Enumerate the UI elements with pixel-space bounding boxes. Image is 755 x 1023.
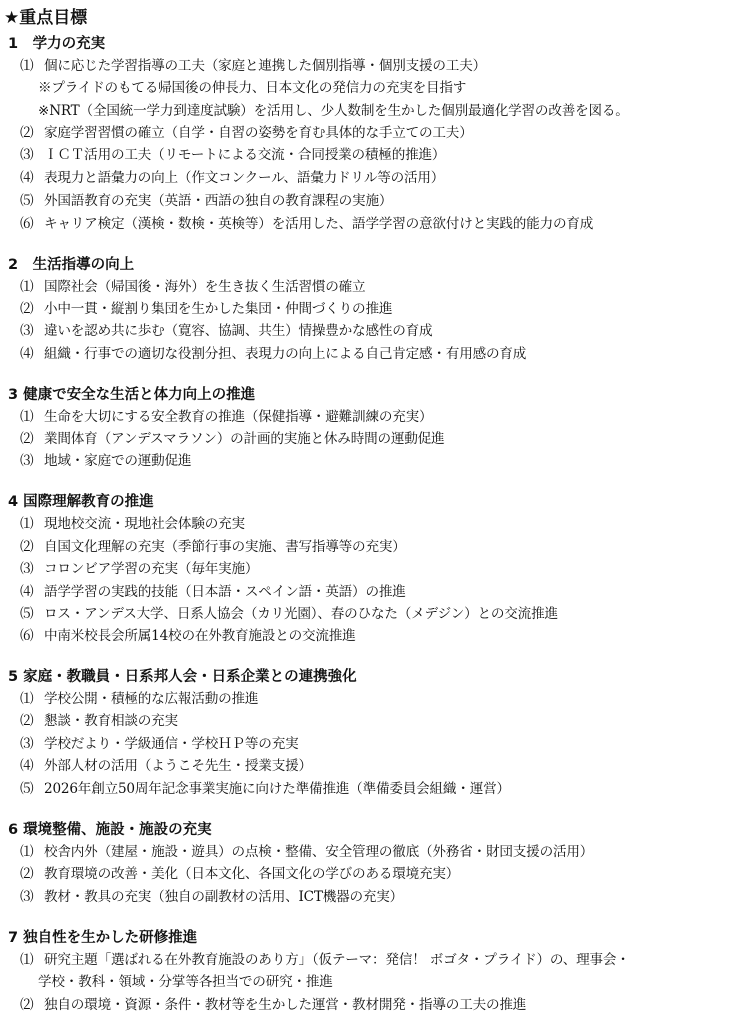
list-item: ⑵懇談・教育相談の充実	[20, 711, 178, 731]
note-line: ※NRT（全国統一学力到達度試験）を活用し、少人数制を生かした個別最適化学習の改…	[38, 101, 629, 121]
list-item: ⑹中南米校長会所属14校の在外教育施設との交流推進	[20, 626, 356, 646]
section-number: 2	[8, 255, 18, 275]
list-item: ⑴国際社会（帰国後・海外）を生き抜く生活習慣の確立	[20, 277, 365, 297]
section-title: 独自性を生かした研修推進	[23, 930, 197, 946]
section-number: 6	[8, 820, 18, 840]
section-heading-1: 1 学力の充実	[8, 34, 105, 54]
section-heading-6: 6 環境整備、施設・施設の充実	[8, 820, 212, 840]
list-item: ⑷語学学習の実践的技能（日本語・スペイン語・英語）の推進	[20, 582, 406, 602]
list-item: ⑴生命を大切にする安全教育の推進（保健指導・避難訓練の充実）	[20, 407, 432, 427]
document-title: ★重点目標	[4, 6, 87, 30]
note-line: ※プライドのもてる帰国後の伸長力、日本文化の発信力の充実を目指す	[38, 78, 466, 98]
list-item: ⑴校舎内外（建屋・施設・遊具）の点検・整備、安全管理の徹底（外務省・財団支援の活…	[20, 842, 593, 862]
list-item: ⑵教育環境の改善・美化（日本文化、各国文化の学びのある環境充実）	[20, 864, 459, 884]
section-title: 家庭・教職員・日系邦人会・日系企業との連携強化	[23, 669, 357, 685]
section-heading-3: 3 健康で安全な生活と体力向上の推進	[8, 385, 255, 405]
list-item: ⑴研究主題「選ばれる在外教育施設のあり方」（仮テーマ：発信！ ボゴタ・プライド）…	[20, 950, 630, 970]
list-item: ⑶コロンビア学習の充実（毎年実施）	[20, 559, 258, 579]
list-item: ⑶学校だより・学級通信・学校ＨＰ等の充実	[20, 734, 298, 754]
list-item-continuation: 学校・教科・領域・分掌等各担当での研究・推進	[38, 972, 333, 992]
list-item: ⑹キャリア検定（漢検・数検・英検等）を活用した、語学学習の意欲付けと実践的能力の…	[20, 214, 593, 234]
list-item: ⑴個に応じた学習指導の工夫（家庭と連携した個別指導・個別支援の工夫）	[20, 56, 486, 76]
section-heading-5: 5 家庭・教職員・日系邦人会・日系企業との連携強化	[8, 667, 357, 687]
list-item: ⑴学校公開・積極的な広報活動の推進	[20, 689, 258, 709]
section-title: 健康で安全な生活と体力向上の推進	[23, 387, 255, 403]
section-title: 環境整備、施設・施設の充実	[23, 822, 212, 838]
section-number: 5	[8, 667, 18, 687]
section-number: 1	[8, 34, 18, 54]
list-item: ⑴現地校交流・現地社会体験の充実	[20, 514, 245, 534]
list-item: ⑶違いを認め共に歩む（寛容、協調、共生）情操豊かな感性の育成	[20, 321, 432, 341]
list-item: ⑸ロス・アンデス大学、日系人協会（カリ光園）、春のひなた（メデジン）との交流推進	[20, 604, 558, 624]
section-title: 国際理解教育の推進	[23, 494, 154, 510]
section-title: 生活指導の向上	[33, 257, 135, 273]
section-number: 7	[8, 928, 18, 948]
list-item: ⑷外部人材の活用（ようこそ先生・授業支援）	[20, 756, 312, 776]
section-number: 3	[8, 385, 18, 405]
list-item: ⑶ＩＣＴ活用の工夫（リモートによる交流・合同授業の積極的推進）	[20, 145, 445, 165]
list-item: ⑶教材・教具の充実（独自の副教材の活用、ICT機器の充実）	[20, 887, 403, 907]
list-item: ⑵業間体育（アンデスマラソン）の計画的実施と休み時間の運動促進	[20, 429, 444, 449]
section-number: 4	[8, 492, 18, 512]
list-item: ⑵家庭学習習慣の確立（自学・自習の姿勢を育む具体的な手立ての工夫）	[20, 123, 473, 143]
section-heading-4: 4 国際理解教育の推進	[8, 492, 154, 512]
list-item: ⑸2026年創立50周年記念事業実施に向けた準備推進（準備委員会組織・運営）	[20, 779, 510, 799]
list-item: ⑵独自の環境・資源・条件・教材等を生かした運営・教材開発・指導の工夫の推進	[20, 995, 526, 1015]
section-title: 学力の充実	[33, 36, 106, 52]
list-item: ⑵小中一貫・縦割り集団を生かした集団・仲間づくりの推進	[20, 299, 392, 319]
list-item: ⑶地域・家庭での運動促進	[20, 451, 191, 471]
section-heading-2: 2 生活指導の向上	[8, 255, 134, 275]
list-item: ⑷組織・行事での適切な役割分担、表現力の向上による自己肯定感・有用感の育成	[20, 344, 526, 364]
section-heading-7: 7 独自性を生かした研修推進	[8, 928, 197, 948]
list-item: ⑸外国語教育の充実（英語・西語の独自の教育課程の実施）	[20, 191, 392, 211]
list-item: ⑵自国文化理解の充実（季節行事の実施、書写指導等の充実）	[20, 537, 406, 557]
list-item: ⑷表現力と語彙力の向上（作文コンクール、語彙力ドリル等の活用）	[20, 168, 444, 188]
